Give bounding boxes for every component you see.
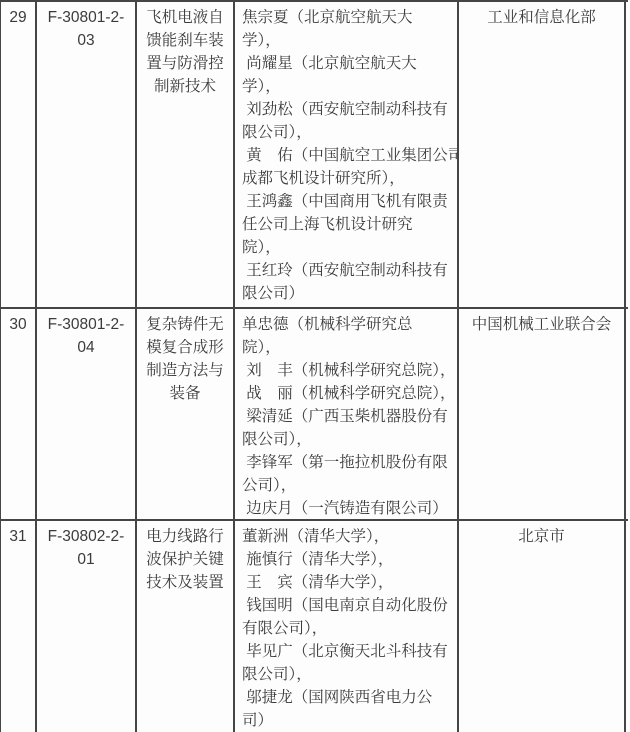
nominee-line: 学）， [242, 75, 455, 98]
nominee-line: 王鸿鑫（中国商用飞机有限责 [242, 190, 455, 213]
code-line: F-30801-2- [41, 6, 131, 29]
code-line: F-30801-2- [41, 313, 131, 336]
project-code-cell: F-30801-2-03 [37, 2, 137, 307]
project-code-cell: F-30802-2-01 [37, 521, 137, 732]
recommender-cell: 工业和信息化部 [459, 2, 626, 307]
row-number-cell: 30 [1, 309, 37, 519]
nominee-line: 战 丽（机械科学研究总院）， [242, 382, 455, 405]
nominee-line: 公司）， [242, 474, 455, 497]
nominee-line: 李锋军（第一拖拉机股份有限 [242, 451, 455, 474]
nominee-line: 尚耀星（北京航空航天大 [242, 52, 455, 75]
project-title-cell: 飞机电液自馈能刹车装置与防滑控制新技术 [137, 2, 235, 307]
title-line: 置与防滑控 [141, 52, 229, 75]
nominees-cell: 焦宗夏（北京航空航天大学）， 尚耀星（北京航空航天大学）， 刘劲松（西安航空制动… [235, 2, 459, 307]
project-code-cell: F-30801-2-04 [37, 309, 137, 519]
code-line: 04 [41, 336, 131, 359]
title-line: 波保护关键 [141, 548, 229, 571]
nominee-line: 王红玲（西安航空制动科技有 [242, 259, 455, 282]
nominee-line: 限公司）， [242, 428, 455, 451]
code-line: F-30802-2- [41, 525, 131, 548]
nominee-line: 刘劲松（西安航空制动科技有 [242, 98, 455, 121]
title-line: 制新技术 [141, 75, 229, 98]
title-line: 电力线路行 [141, 525, 229, 548]
nominee-line: 毕见广（北京衡天北斗科技有 [242, 640, 455, 663]
title-line: 装备 [141, 382, 229, 405]
nominee-line: 限公司）， [242, 121, 455, 144]
title-line: 制造方法与 [141, 359, 229, 382]
nominee-line: 王 宾（清华大学）， [242, 571, 455, 594]
nominee-line: 梁清延（广西玉柴机器股份有 [242, 405, 455, 428]
recommender-cell: 北京市 [459, 521, 626, 732]
table-row: 29 F-30801-2-03 飞机电液自馈能刹车装置与防滑控制新技术 焦宗夏（… [1, 2, 628, 307]
nominees-cell: 董新洲（清华大学）， 施慎行（清华大学）， 王 宾（清华大学）， 钱国明（国电南… [235, 521, 459, 732]
table-row: 30 F-30801-2-04 复杂铸件无模复合成形制造方法与装备 单忠德（机械… [1, 307, 628, 519]
code-line: 01 [41, 548, 131, 571]
nominee-line: 边庆月（一汽铸造有限公司） [242, 497, 455, 519]
award-nominations-table: 29 F-30801-2-03 飞机电液自馈能刹车装置与防滑控制新技术 焦宗夏（… [0, 0, 628, 732]
nominee-line: 任公司上海飞机设计研究 [242, 213, 455, 236]
document-page: 29 F-30801-2-03 飞机电液自馈能刹车装置与防滑控制新技术 焦宗夏（… [0, 0, 630, 732]
project-title-cell: 电力线路行波保护关键技术及装置 [137, 521, 235, 732]
nominee-line: 焦宗夏（北京航空航天大 [242, 6, 455, 29]
nominee-line: 院）， [242, 236, 455, 259]
nominee-line: 院）， [242, 336, 455, 359]
title-line: 馈能刹车装 [141, 29, 229, 52]
project-title-cell: 复杂铸件无模复合成形制造方法与装备 [137, 309, 235, 519]
nominee-line: 司） [242, 709, 455, 732]
nominee-line: 黄 佑（中国航空工业集团公司 [242, 144, 455, 167]
nominee-line: 刘 丰（机械科学研究总院）， [242, 359, 455, 382]
nominee-line: 施慎行（清华大学）， [242, 548, 455, 571]
nominees-cell: 单忠德（机械科学研究总院）， 刘 丰（机械科学研究总院）， 战 丽（机械科学研究… [235, 309, 459, 519]
title-line: 复杂铸件无 [141, 313, 229, 336]
code-line: 03 [41, 29, 131, 52]
nominee-line: 钱国明（国电南京自动化股份 [242, 594, 455, 617]
nominee-line: 学）， [242, 29, 455, 52]
row-number-cell: 31 [1, 521, 37, 732]
row-number-cell: 29 [1, 2, 37, 307]
title-line: 模复合成形 [141, 336, 229, 359]
title-line: 飞机电液自 [141, 6, 229, 29]
nominee-line: 单忠德（机械科学研究总 [242, 313, 455, 336]
nominee-line: 邬捷龙（国网陕西省电力公 [242, 686, 455, 709]
nominee-line: 成都飞机设计研究所）， [242, 167, 455, 190]
nominee-line: 董新洲（清华大学）， [242, 525, 455, 548]
nominee-line: 有限公司）， [242, 617, 455, 640]
nominee-line: 限公司） [242, 282, 455, 305]
title-line: 技术及装置 [141, 571, 229, 594]
recommender-cell: 中国机械工业联合会 [459, 309, 626, 519]
nominee-line: 限公司）， [242, 663, 455, 686]
table-row: 31 F-30802-2-01 电力线路行波保护关键技术及装置 董新洲（清华大学… [1, 519, 628, 732]
